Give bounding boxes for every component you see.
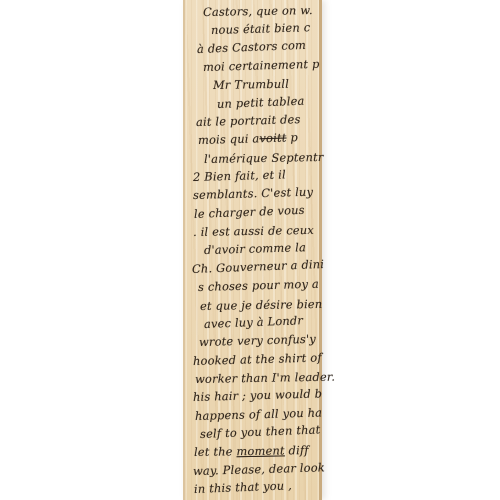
handwriting-line: self to you then that	[200, 420, 316, 443]
handwriting-segment: p	[286, 131, 298, 145]
handwriting-segment: let the	[194, 445, 237, 460]
wood-stamp: Castors, que on w. nous était bien c à d…	[183, 0, 322, 500]
photo-background: Castors, que on w. nous était bien c à d…	[0, 0, 500, 500]
underlined-word: moment	[236, 444, 285, 459]
handwriting-line: in this that you ,	[194, 475, 316, 498]
handwriting-line: moi certainement p	[203, 55, 315, 76]
handwriting-line: hooked at the shirt of	[193, 348, 315, 370]
struck-word: voitt	[259, 131, 286, 146]
handwriting-segment: diff	[285, 443, 309, 457]
handwriting-segment: mois qui a	[198, 132, 260, 148]
handwriting-text: Castors, que on w. nous était bien c à d…	[185, 0, 319, 500]
handwriting-line: le charger de vous	[194, 200, 316, 223]
handwriting-line: s choses pour moy a	[198, 275, 315, 297]
handwriting-line: mois qui avoitt p	[198, 128, 315, 150]
